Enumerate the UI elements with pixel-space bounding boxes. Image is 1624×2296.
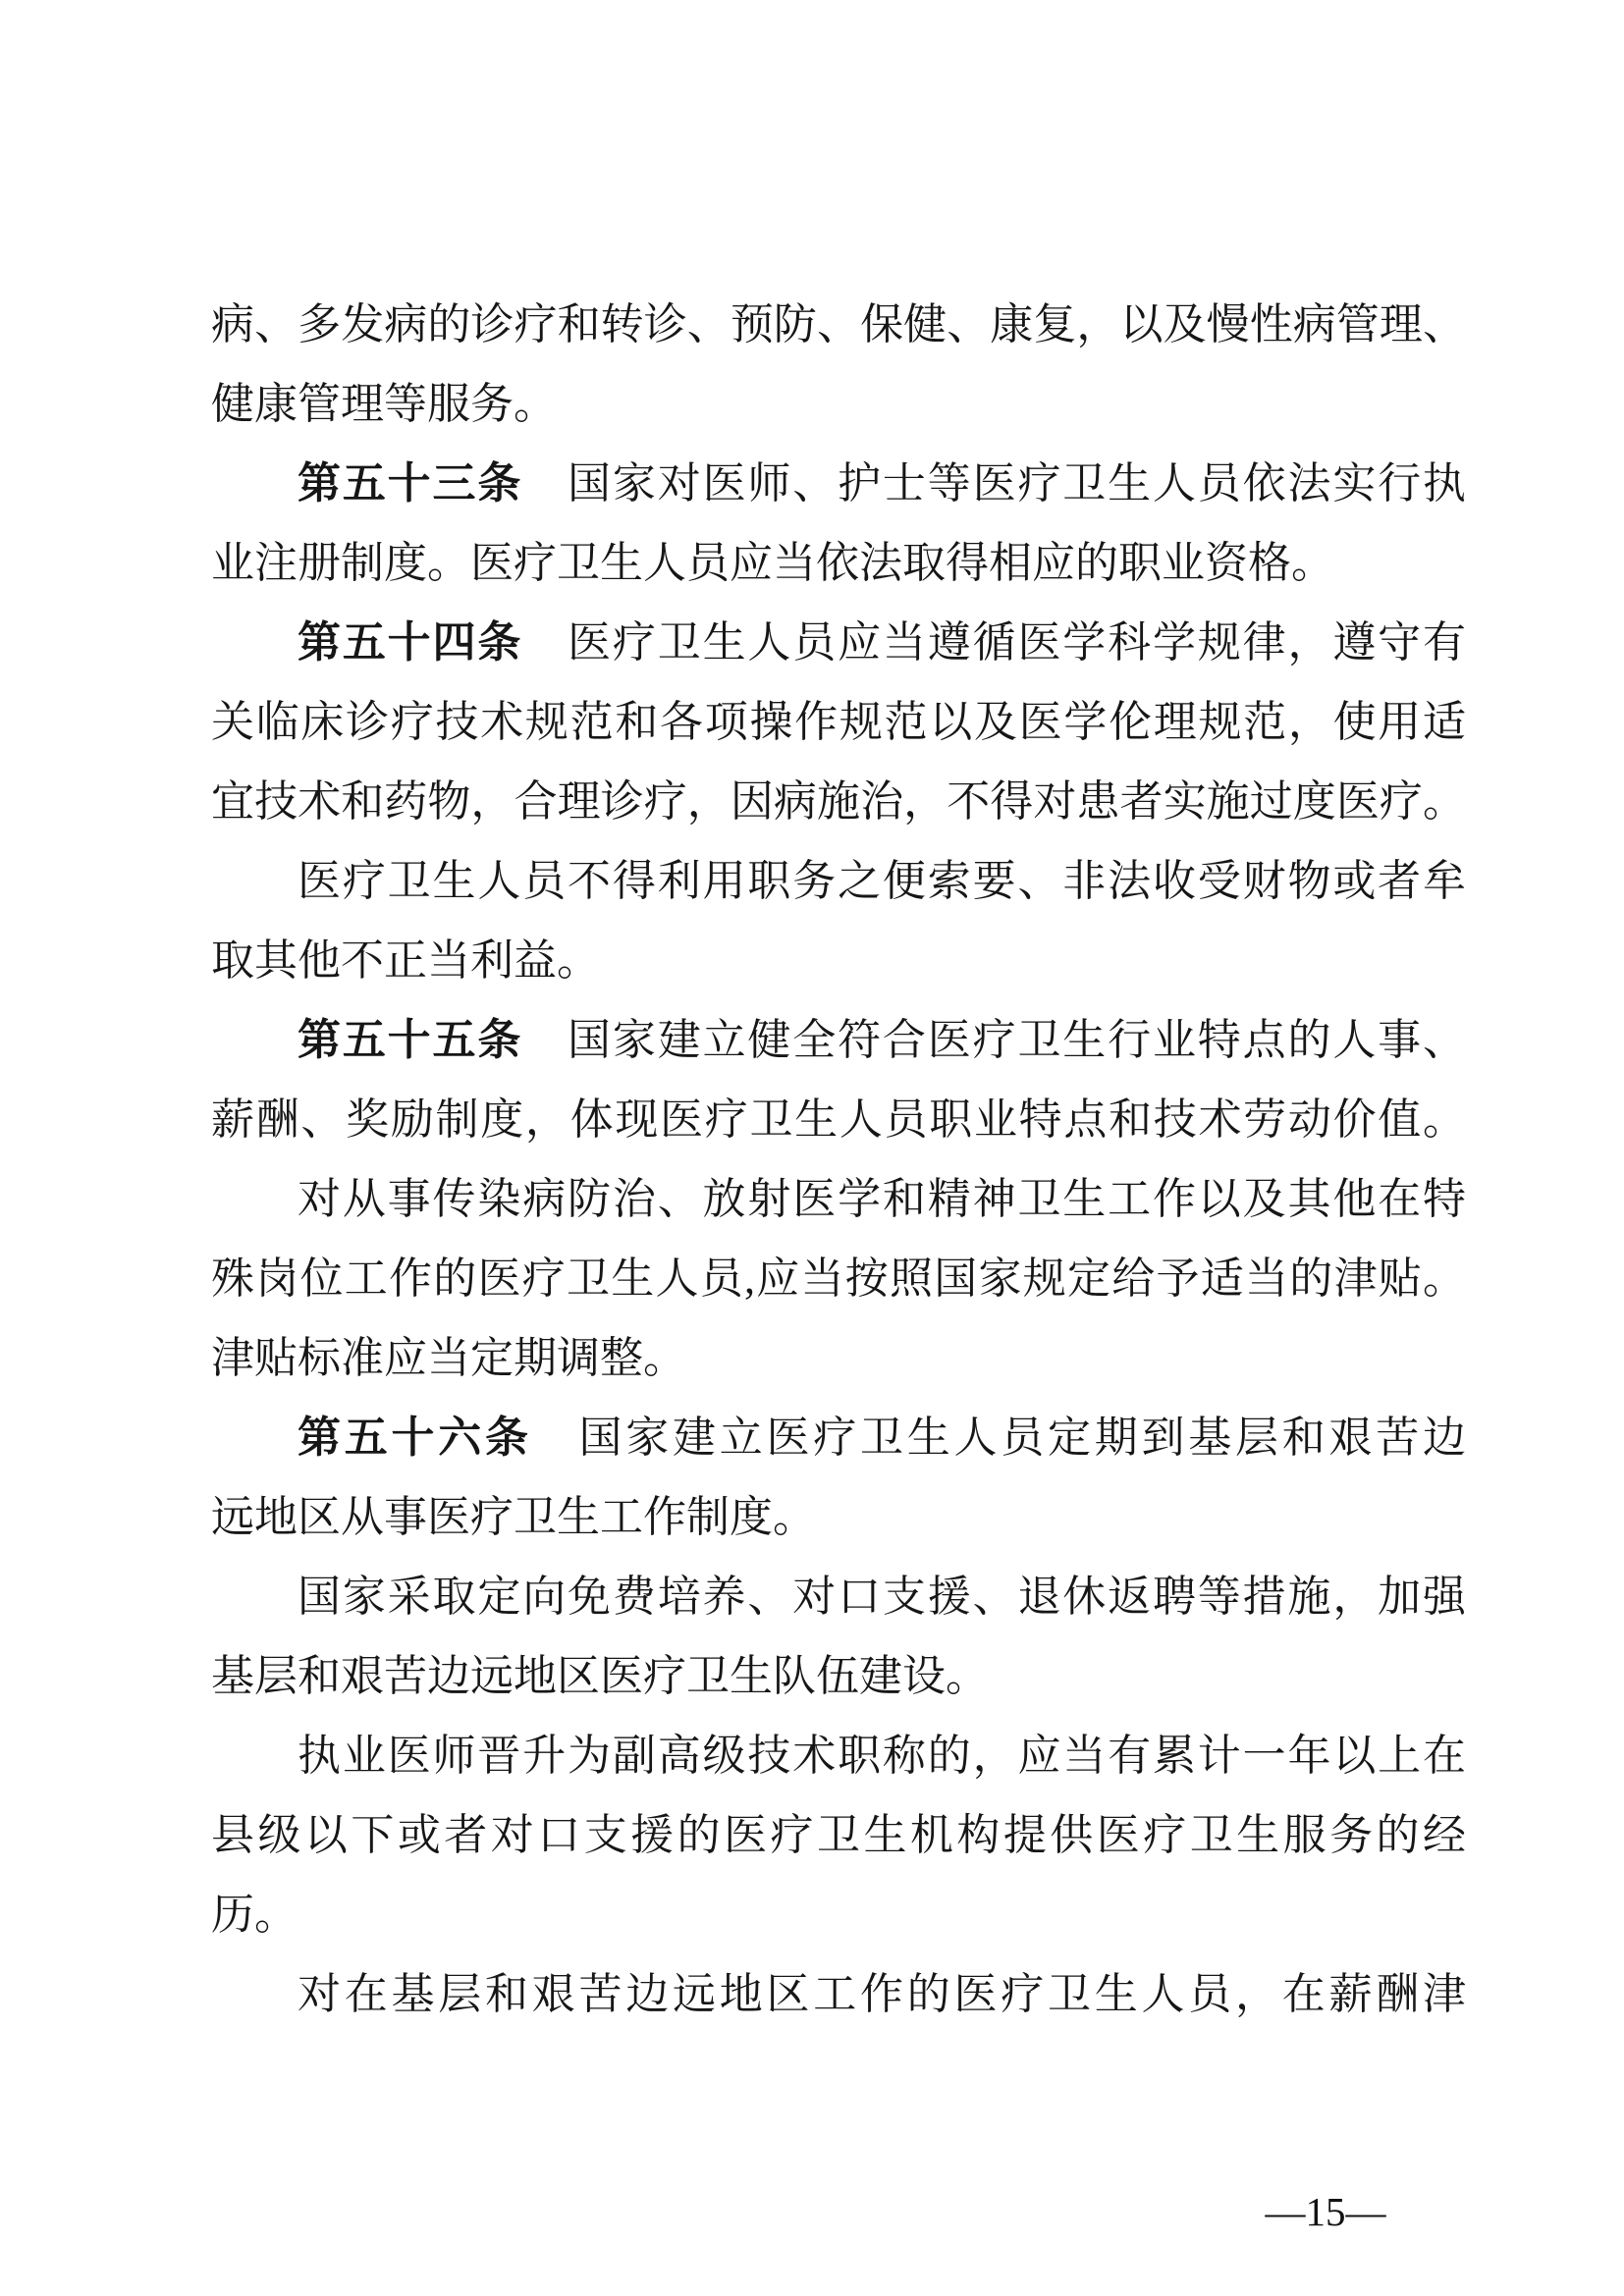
text-line: 第五十五条 国家建立健全符合医疗卫生行业特点的人事、 bbox=[211, 1000, 1466, 1080]
text-line: 国家采取定向免费培养、对口支援、退休返聘等措施，加强 bbox=[211, 1557, 1466, 1636]
text-line: 业注册制度。医疗卫生人员应当依法取得相应的职业资格。 bbox=[211, 523, 1466, 603]
body-text: 国家对医师、护士等医疗卫生人员依法实行执 bbox=[522, 459, 1466, 507]
body-text: 历。 bbox=[211, 1891, 298, 1939]
text-line: 病、多发病的诊疗和转诊、预防、保健、康复，以及慢性病管理、 bbox=[211, 285, 1466, 364]
text-block: 病、多发病的诊疗和转诊、预防、保健、康复，以及慢性病管理、健康管理等服务。第五十… bbox=[211, 285, 1466, 2034]
body-text: 健康管理等服务。 bbox=[211, 380, 557, 428]
body-text: 县级以下或者对口支援的医疗卫生机构提供医疗卫生服务的经 bbox=[211, 1811, 1466, 1859]
text-line: 宜技术和药物，合理诊疗，因病施治，不得对患者实施过度医疗。 bbox=[211, 762, 1466, 841]
text-line: 执业医师晋升为副高级技术职称的，应当有累计一年以上在 bbox=[211, 1716, 1466, 1795]
body-text: 取其他不正当利益。 bbox=[211, 936, 600, 985]
body-text: 基层和艰苦边远地区医疗卫生队伍建设。 bbox=[211, 1652, 989, 1700]
text-line: 第五十六条 国家建立医疗卫生人员定期到基层和艰苦边 bbox=[211, 1398, 1466, 1477]
body-text: 业注册制度。医疗卫生人员应当依法取得相应的职业资格。 bbox=[211, 539, 1334, 587]
article-heading: 第五十五条 bbox=[298, 1016, 522, 1064]
text-line: 取其他不正当利益。 bbox=[211, 921, 1466, 1000]
article-heading: 第五十三条 bbox=[298, 459, 522, 507]
page-number: —15— bbox=[1247, 2187, 1404, 2236]
body-text: 宜技术和药物，合理诊疗，因病施治，不得对患者实施过度医疗。 bbox=[211, 777, 1466, 826]
body-text: 对从事传染病防治、放射医学和精神卫生工作以及其他在特 bbox=[298, 1175, 1466, 1223]
body-text: 国家建立健全符合医疗卫生行业特点的人事、 bbox=[522, 1016, 1466, 1064]
text-line: 对在基层和艰苦边远地区工作的医疗卫生人员，在薪酬津 bbox=[211, 1954, 1466, 2034]
body-text: 关临床诊疗技术规范和各项操作规范以及医学伦理规范，使用适 bbox=[211, 698, 1466, 746]
text-line: 第五十四条 医疗卫生人员应当遵循医学科学规律，遵守有 bbox=[211, 603, 1466, 682]
body-text: 薪酬、奖励制度，体现医疗卫生人员职业特点和技术劳动价值。 bbox=[211, 1095, 1466, 1144]
article-heading: 第五十六条 bbox=[298, 1414, 532, 1462]
body-text: 对在基层和艰苦边远地区工作的医疗卫生人员，在薪酬津 bbox=[298, 1970, 1466, 2018]
body-text: 病、多发病的诊疗和转诊、预防、保健、康复，以及慢性病管理、 bbox=[211, 300, 1466, 348]
body-text: 医疗卫生人员应当遵循医学科学规律，遵守有 bbox=[522, 618, 1466, 667]
text-line: 第五十三条 国家对医师、护士等医疗卫生人员依法实行执 bbox=[211, 444, 1466, 523]
text-line: 县级以下或者对口支援的医疗卫生机构提供医疗卫生服务的经 bbox=[211, 1795, 1466, 1875]
body-text: 远地区从事医疗卫生工作制度。 bbox=[211, 1493, 816, 1541]
text-line: 殊岗位工作的医疗卫生人员,应当按照国家规定给予适当的津贴。 bbox=[211, 1239, 1466, 1318]
text-line: 对从事传染病防治、放射医学和精神卫生工作以及其他在特 bbox=[211, 1159, 1466, 1239]
text-line: 远地区从事医疗卫生工作制度。 bbox=[211, 1477, 1466, 1557]
body-text: 津贴标准应当定期调整。 bbox=[211, 1334, 686, 1382]
text-line: 关临床诊疗技术规范和各项操作规范以及医学伦理规范，使用适 bbox=[211, 682, 1466, 762]
body-text: 医疗卫生人员不得利用职务之便索要、非法收受财物或者牟 bbox=[298, 857, 1466, 905]
article-heading: 第五十四条 bbox=[298, 618, 522, 667]
text-line: 津贴标准应当定期调整。 bbox=[211, 1318, 1466, 1398]
body-text: 国家采取定向免费培养、对口支援、退休返聘等措施，加强 bbox=[298, 1573, 1466, 1621]
text-line: 医疗卫生人员不得利用职务之便索要、非法收受财物或者牟 bbox=[211, 841, 1466, 921]
text-line: 薪酬、奖励制度，体现医疗卫生人员职业特点和技术劳动价值。 bbox=[211, 1080, 1466, 1159]
text-line: 健康管理等服务。 bbox=[211, 364, 1466, 444]
body-text: 国家建立医疗卫生人员定期到基层和艰苦边 bbox=[532, 1414, 1466, 1462]
body-text: 执业医师晋升为副高级技术职称的，应当有累计一年以上在 bbox=[298, 1732, 1466, 1780]
document-page: 病、多发病的诊疗和转诊、预防、保健、康复，以及慢性病管理、健康管理等服务。第五十… bbox=[0, 0, 1624, 2296]
text-line: 基层和艰苦边远地区医疗卫生队伍建设。 bbox=[211, 1636, 1466, 1716]
text-line: 历。 bbox=[211, 1875, 1466, 1954]
body-text: 殊岗位工作的医疗卫生人员,应当按照国家规定给予适当的津贴。 bbox=[211, 1255, 1466, 1303]
